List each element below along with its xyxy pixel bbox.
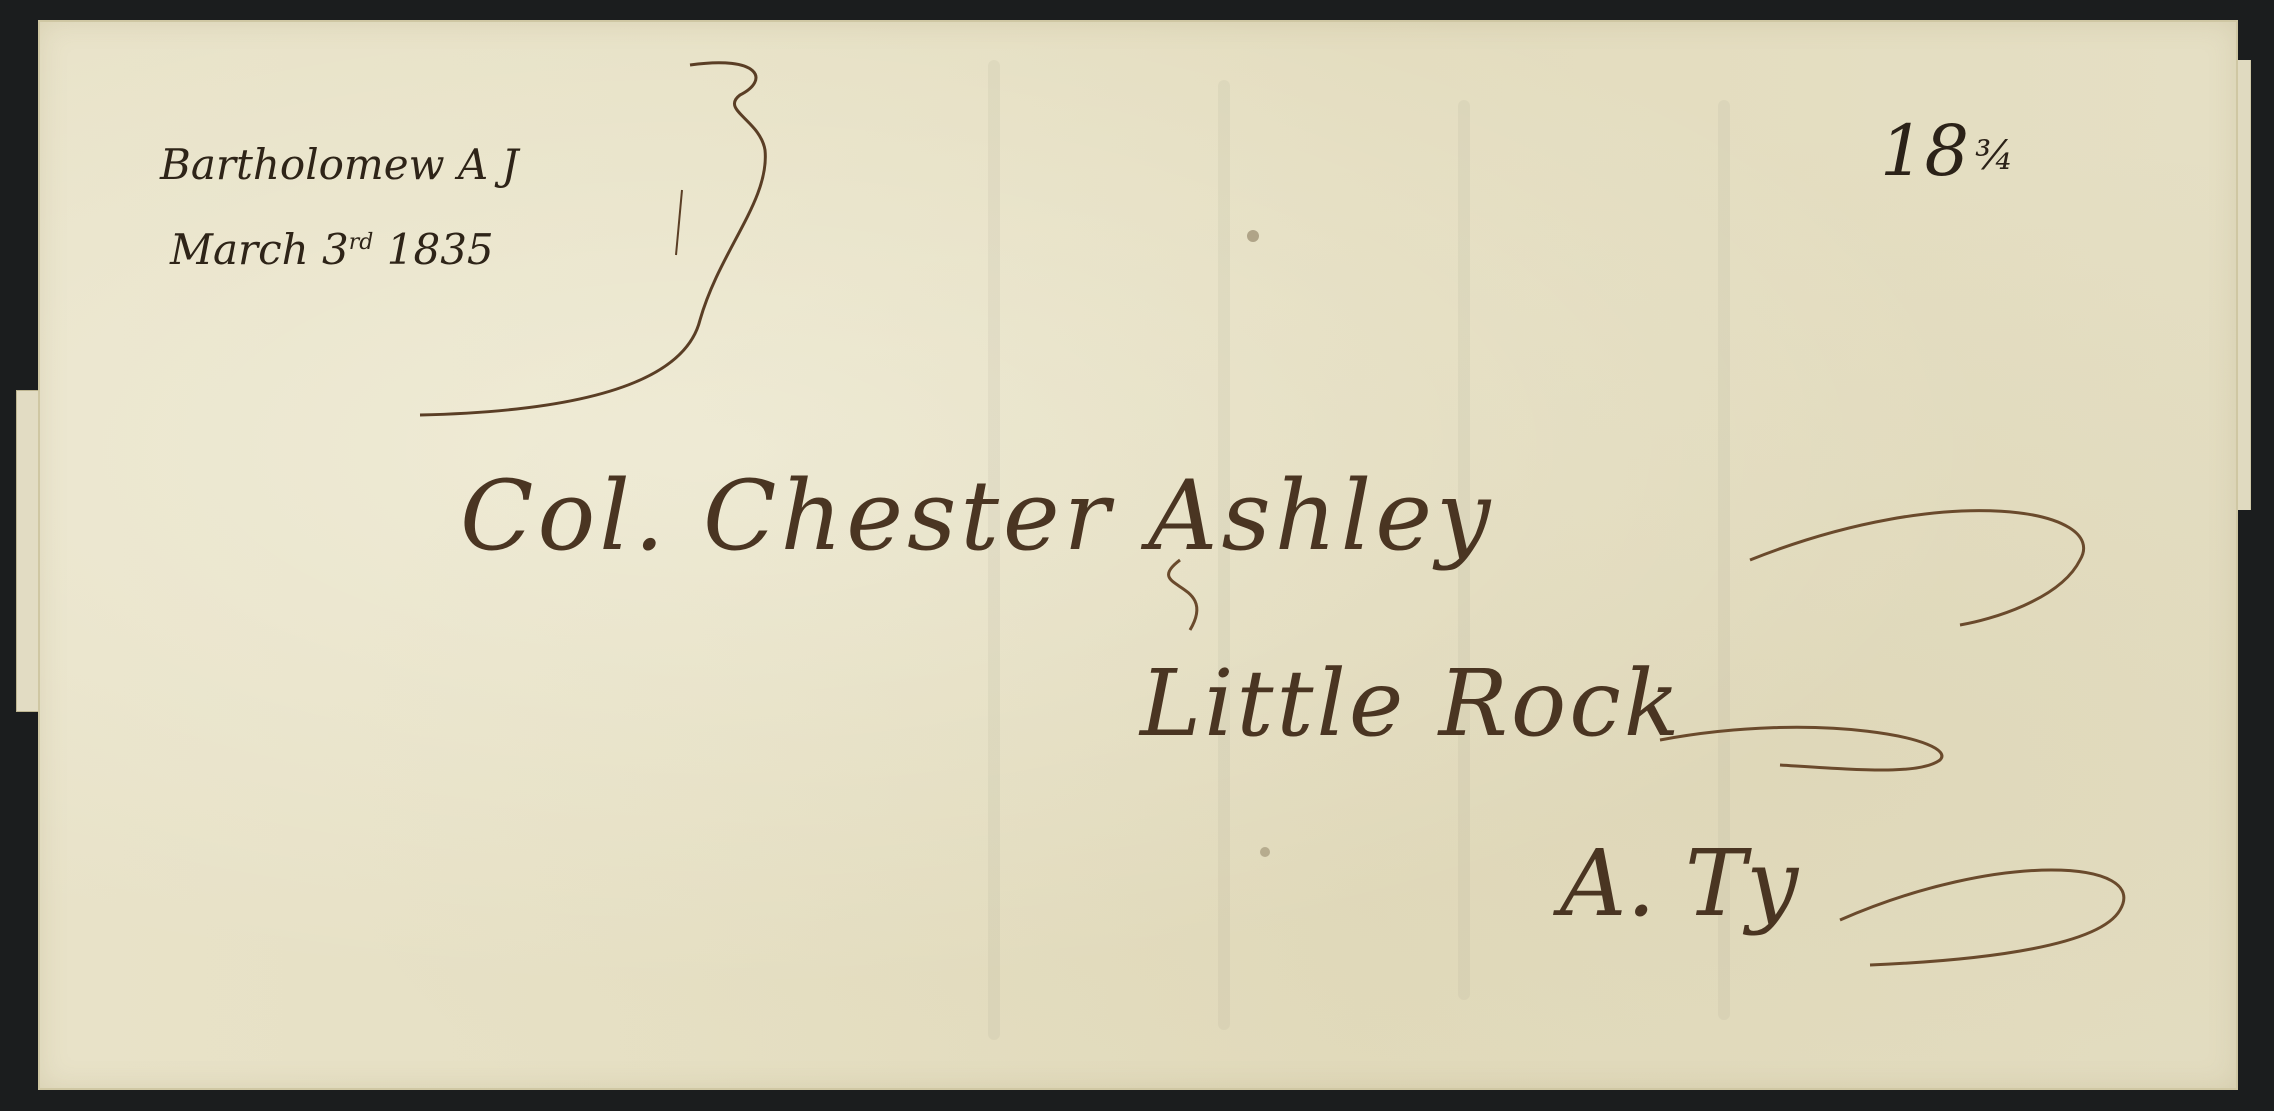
docket-date-month-day: March 3 [170, 225, 349, 274]
docket-date: March 3rd 1835 [170, 225, 494, 274]
docket-date-ordinal: rd [349, 230, 374, 255]
docket-date-year: 1835 [387, 225, 494, 274]
address-territory: A. Ty [1560, 830, 1798, 937]
addressee-name: Col. Chester Ashley [460, 460, 1494, 572]
rate-whole: 18 [1880, 110, 1969, 192]
docket-name: Bartholomew A J [160, 140, 518, 189]
postal-rate-marking: 18¾ [1880, 110, 2014, 192]
rate-fraction: ¾ [1975, 133, 2014, 179]
address-city: Little Rock [1140, 650, 1683, 757]
